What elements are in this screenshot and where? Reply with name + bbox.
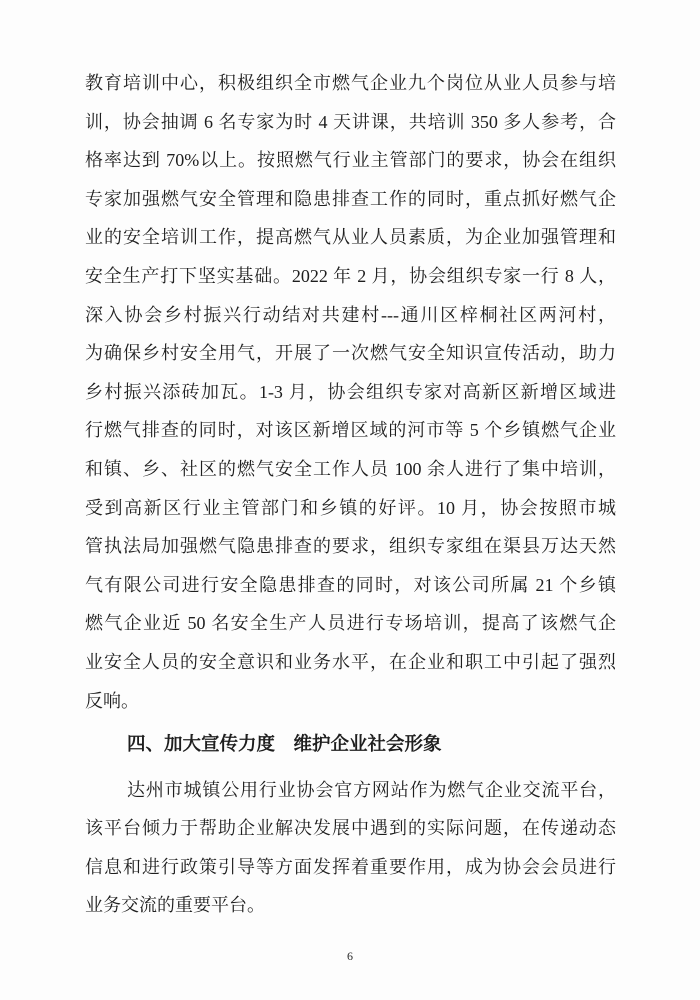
text-line: 管执法局加强燃气隐患排查的要求，组织专家组在渠县万达天然 xyxy=(85,527,616,566)
text-line: 深入协会乡村振兴行动结对共建村---通川区梓桐社区两河村， xyxy=(85,296,616,335)
text-line: 信息和进行政策引导等方面发挥着重要作用，成为协会会员进行 xyxy=(85,848,616,887)
text-line: 受到高新区行业主管部门和乡镇的好评。10 月，协会按照市城 xyxy=(85,489,616,528)
text-line: 为确保乡村安全用气，开展了一次燃气安全知识宣传活动，助力 xyxy=(85,334,616,373)
text-line: 反响。 xyxy=(85,682,616,721)
text-line: 该平台倾力于帮助企业解决发展中遇到的实际问题，在传递动态 xyxy=(85,809,616,848)
paragraph: 达州市城镇公用行业协会官方网站作为燃气企业交流平台，该平台倾力于帮助企业解决发展… xyxy=(85,771,616,925)
text-line: 教育培训中心，积极组织全市燃气企业九个岗位从业人员参与培 xyxy=(85,64,616,103)
text-line: 业安全人员的安全意识和业务水平，在企业和职工中引起了强烈 xyxy=(85,643,616,682)
section-heading: 四、加大宣传力度 维护企业社会形象 xyxy=(85,726,616,765)
page-number: 6 xyxy=(347,949,353,963)
text-line: 安全生产打下坚实基础。2022 年 2 月，协会组织专家一行 8 人， xyxy=(85,257,616,296)
paragraph: 教育培训中心，积极组织全市燃气企业九个岗位从业人员参与培训，协会抽调 6 名专家… xyxy=(85,64,616,720)
text-line: 训，协会抽调 6 名专家为时 4 天讲课，共培训 350 多人参考，合 xyxy=(85,103,616,142)
text-line: 行燃气排查的同时，对该区新增区域的河市等 5 个乡镇燃气企业 xyxy=(85,411,616,450)
text-line: 专家加强燃气安全管理和隐患排查工作的同时，重点抓好燃气企 xyxy=(85,180,616,219)
text-line: 业的安全培训工作，提高燃气从业人员素质，为企业加强管理和 xyxy=(85,218,616,257)
page-footer: 6 xyxy=(0,946,700,966)
text-line: 格率达到 70%以上。按照燃气行业主管部门的要求，协会在组织 xyxy=(85,141,616,180)
text-line: 燃气企业近 50 名安全生产人员进行专场培训，提高了该燃气企 xyxy=(85,604,616,643)
text-line: 达州市城镇公用行业协会官方网站作为燃气企业交流平台， xyxy=(85,771,616,810)
text-line: 乡村振兴添砖加瓦。1-3 月，协会组织专家对高新区新增区域进 xyxy=(85,373,616,412)
document-body: 教育培训中心，积极组织全市燃气企业九个岗位从业人员参与培训，协会抽调 6 名专家… xyxy=(85,64,616,925)
text-line: 业务交流的重要平台。 xyxy=(85,886,616,925)
text-line: 气有限公司进行安全隐患排查的同时，对该公司所属 21 个乡镇 xyxy=(85,566,616,605)
text-line: 和镇、乡、社区的燃气安全工作人员 100 余人进行了集中培训， xyxy=(85,450,616,489)
document-page: 教育培训中心，积极组织全市燃气企业九个岗位从业人员参与培训，协会抽调 6 名专家… xyxy=(0,0,700,1000)
